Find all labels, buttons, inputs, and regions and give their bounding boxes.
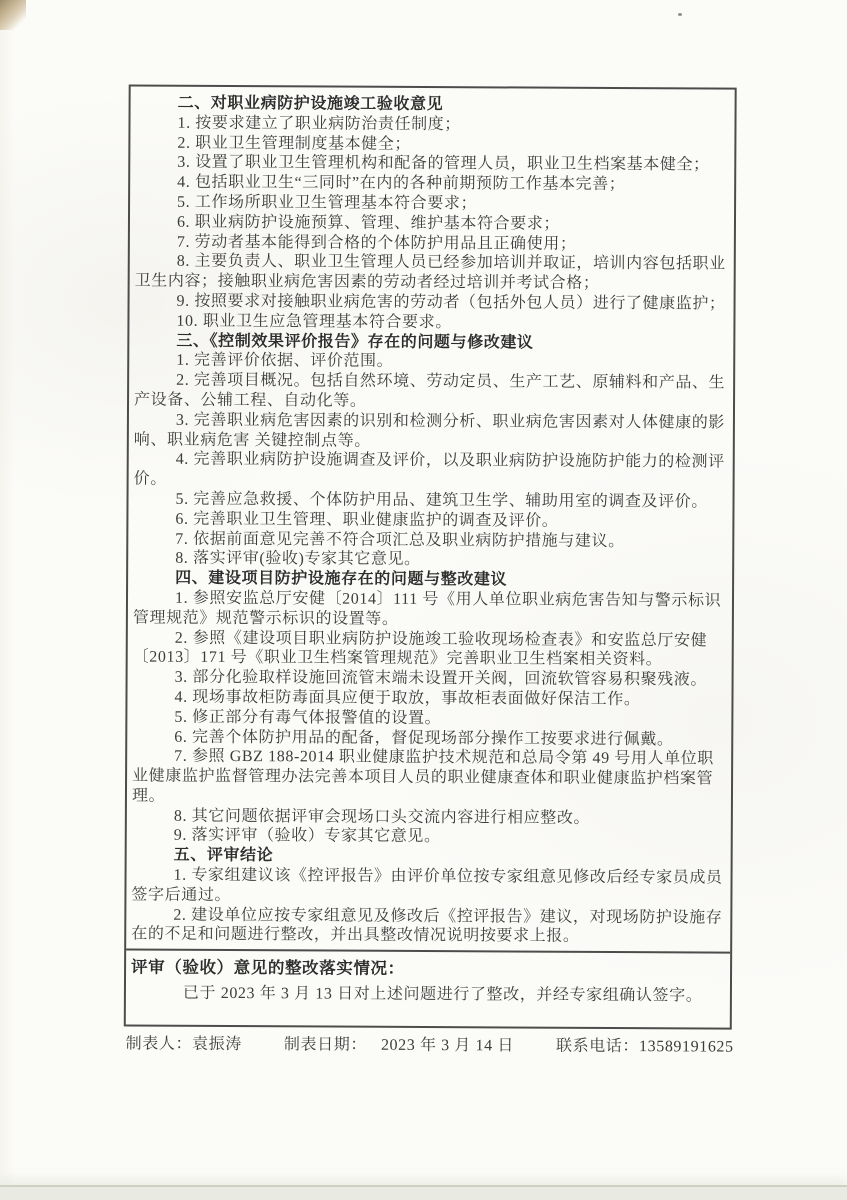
list-item: 5. 修正部分有毒气体报警值的设置。: [132, 707, 723, 730]
list-item: 4. 完善职业病防护设施调查及评价，以及职业病防护设施防护能力的检测评价。: [134, 450, 725, 493]
review-opinion-table: 二、对职业病防护设施竣工验收意见 1. 按要求建立了职业病防治责任制度； 2. …: [124, 84, 737, 1029]
list-item: 4. 现场事故柜防毒面具应便于取放，事故柜表面做好保洁工作。: [132, 687, 723, 710]
phone-group: 联系电话：13589191625: [556, 1033, 734, 1057]
list-item: 9. 按照要求对接触职业病危害的劳动者（包括外包人员）进行了健康监护；: [135, 291, 726, 314]
list-item: 3. 完善职业病危害因素的识别和检测分析、职业病危害因素对人体健康的影响、职业病…: [134, 410, 725, 453]
list-item: 1. 按要求建立了职业病防治责任制度；: [135, 113, 726, 136]
date-value: 2023 年 3 月 14 日: [381, 1037, 514, 1055]
scan-bottom-edge: [0, 1185, 847, 1200]
rectification-title: 评审（验收）意见的整改落实情况：: [131, 957, 722, 982]
preparer-name: 袁振涛: [192, 1036, 242, 1053]
preparer-group: 制表人：袁振涛: [126, 1030, 242, 1054]
document-sheet: 二、对职业病防护设施竣工验收意见 1. 按要求建立了职业病防治责任制度； 2. …: [0, 0, 847, 1200]
table-footer: 制表人：袁振涛 制表日期：2023 年 3 月 14 日 联系电话：135891…: [126, 1030, 734, 1056]
list-item: 1. 专家组建议该《控评报告》由评价单位按专家组意见修改后经专家员成员签字后通过…: [131, 866, 722, 909]
list-item: 2. 建设单位应按专家组意见及修改后《控评报告》建议，对现场防护设施存在的不足和…: [131, 905, 722, 948]
list-item: 2. 完善项目概况。包括自然环境、劳动定员、生产工艺、原辅料和产品、生产设备、公…: [134, 371, 725, 414]
date-group: 制表日期：2023 年 3 月 14 日: [284, 1031, 514, 1055]
list-item: 1. 参照安监总厅安健〔2014〕111 号《用人单位职业病危害告知与警示标识管…: [133, 588, 724, 631]
list-item: 10. 职业卫生应急管理基本符合要求。: [134, 311, 725, 334]
phone-value: 13589191625: [639, 1038, 734, 1055]
phone-label: 联系电话：: [556, 1038, 639, 1055]
list-item: 5. 工作场所职业卫生管理基本符合要求；: [135, 192, 726, 215]
scanned-document-page: { "doc": { "sections": [ { "title": "二、对…: [0, 0, 847, 1200]
list-item: 6. 职业病防护设施预算、管理、维护基本符合要求；: [135, 212, 726, 235]
list-item: 8. 主要负责人、职业卫生管理人员已经参加培训并取证，培训内容包括职业卫生内容；…: [135, 252, 726, 295]
date-label: 制表日期：: [284, 1036, 367, 1053]
preparer-label: 制表人：: [126, 1035, 192, 1052]
review-opinions-cell: 二、对职业病防护设施竣工验收意见 1. 按要求建立了职业病防治责任制度； 2. …: [126, 86, 735, 951]
list-item: 5. 完善应急救援、个体防护用品、建筑卫生学、辅助用室的调查及评价。: [133, 489, 724, 512]
list-item: 7. 参照 GBZ 188-2014 职业健康监护技术规范和总局令第 49 号用…: [132, 747, 723, 809]
rectification-content: 已于 2023 年 3 月 13 日对上述问题进行了整改，并经专家组确认签字。: [131, 983, 722, 1008]
list-item: 6. 完善职业卫生管理、职业健康监护的调查及评价。: [133, 509, 724, 532]
rectification-status-cell: 评审（验收）意见的整改落实情况： 已于 2023 年 3 月 13 日对上述问题…: [126, 949, 730, 1028]
list-item: 2. 参照《建设项目职业病防护设施竣工验收现场检查表》和安监总厅安健〔2013〕…: [133, 628, 724, 671]
